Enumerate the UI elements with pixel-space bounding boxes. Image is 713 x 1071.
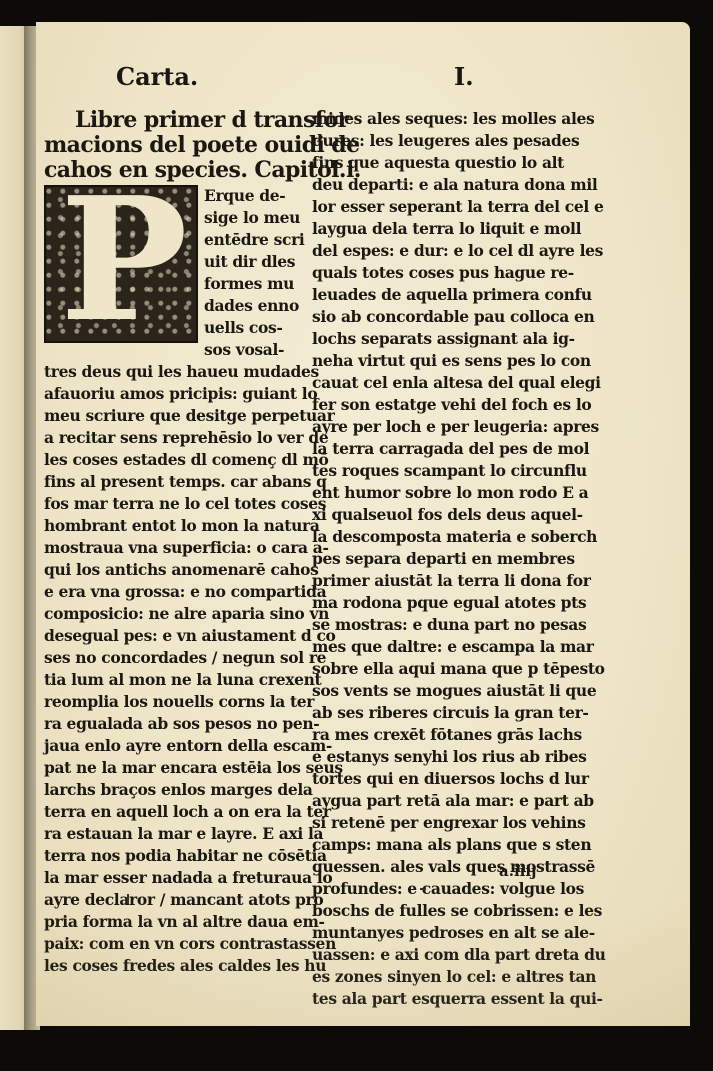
folio-number: I.	[454, 62, 474, 91]
left-column-text: tres deus qui les haueu mudades afauoriu…	[44, 361, 296, 977]
left-column: Libre primer d transfor macions del poet…	[44, 108, 296, 977]
ink-speck	[127, 894, 129, 904]
text-beside-initial: Erque de- sige lo meu entēdre scri uit d…	[204, 185, 304, 361]
signature-mark: a.iiij	[499, 862, 536, 880]
chapter-title: Libre primer d transfor macions del poet…	[44, 108, 296, 183]
book-page: Carta. I. Libre primer d transfor macion…	[36, 22, 690, 1026]
historiated-initial-icon: P	[44, 185, 198, 343]
ink-speck	[420, 888, 426, 890]
decorated-initial-block: P Erque de- sige lo meu entēdre scri uit…	[44, 185, 296, 361]
running-head: Carta.	[116, 62, 198, 91]
